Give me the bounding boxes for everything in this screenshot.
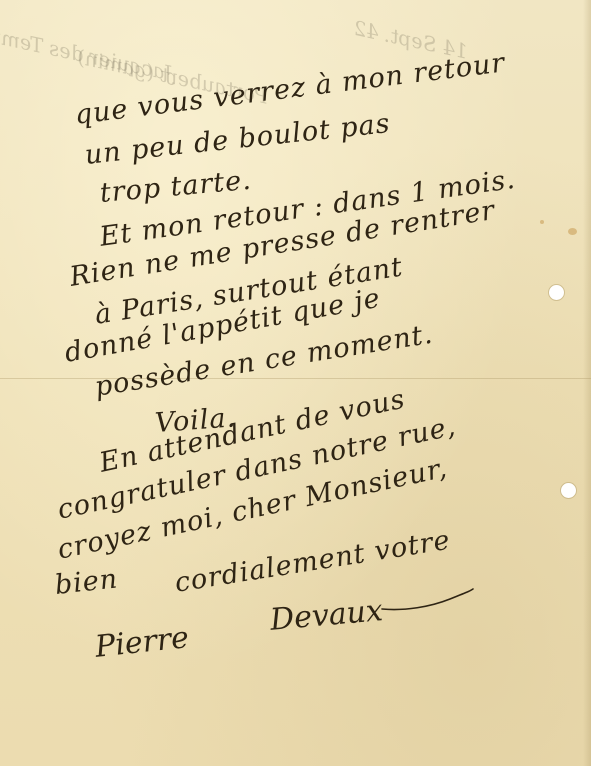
paper-fold-crease bbox=[0, 378, 591, 379]
letter-line: trop tarte. bbox=[99, 165, 253, 209]
signature-flourish bbox=[380, 585, 475, 615]
signature-last-name: Devaux bbox=[269, 593, 385, 638]
punch-hole bbox=[549, 285, 564, 300]
punch-hole bbox=[561, 483, 576, 498]
ink-stain bbox=[540, 220, 544, 224]
page-edge-shadow bbox=[583, 0, 591, 766]
ink-stain bbox=[568, 228, 577, 235]
letter-page: Jacquier des Templiers 14 Sept. 42 Porta… bbox=[0, 0, 591, 766]
letter-line: bien bbox=[53, 563, 119, 600]
signature-first-name: Pierre bbox=[93, 620, 190, 665]
